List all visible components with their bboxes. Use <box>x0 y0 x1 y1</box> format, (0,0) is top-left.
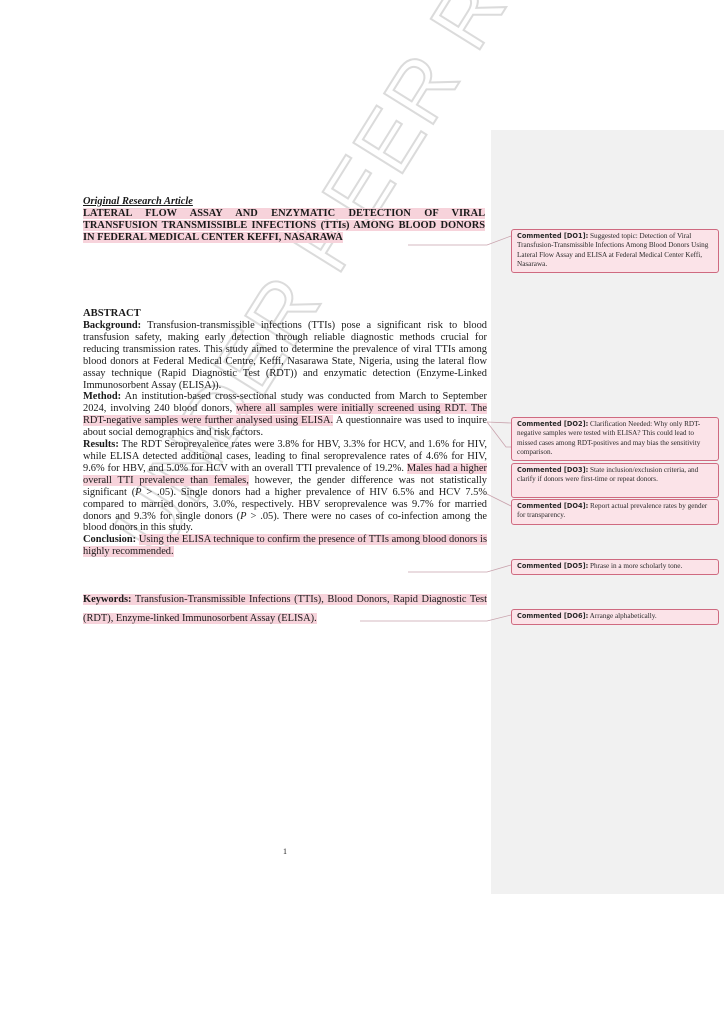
conclusion-label: Conclusion: <box>83 534 136 545</box>
comment-label: Commented [DO6]: <box>517 612 588 620</box>
keywords-paragraph[interactable]: Keywords: Transfusion-Transmissible Infe… <box>83 594 487 624</box>
background-label: Background: <box>83 320 141 331</box>
comment-text: Arrange alphabetically. <box>588 612 656 620</box>
abstract-body: Background: Transfusion-transmissible in… <box>83 320 487 558</box>
results-paragraph: Results: The RDT Seroprevalence rates we… <box>83 439 487 534</box>
comment-label: Commented [DO2]: <box>517 420 588 428</box>
comment-do6[interactable]: Commented [DO6]: Arrange alphabetically. <box>511 609 719 625</box>
comment-do1[interactable]: Commented [DO1]: Suggested topic: Detect… <box>511 229 719 273</box>
comment-label: Commented [DO4]: <box>517 502 588 510</box>
comment-label: Commented [DO1]: <box>517 232 588 240</box>
comment-do5[interactable]: Commented [DO5]: Phrase in a more schola… <box>511 559 719 575</box>
background-paragraph: Background: Transfusion-transmissible in… <box>83 320 487 391</box>
comment-label: Commented [DO5]: <box>517 562 588 570</box>
article-type: Original Research Article <box>83 196 193 207</box>
comment-label: Commented [DO3]: <box>517 466 588 474</box>
paper-title-text: LATERAL FLOW ASSAY AND ENZYMATIC DETECTI… <box>83 208 485 243</box>
results-label: Results: <box>83 439 119 450</box>
comment-do2[interactable]: Commented [DO2]: Clarification Needed: W… <box>511 417 719 461</box>
comment-do4[interactable]: Commented [DO4]: Report actual prevalenc… <box>511 499 719 525</box>
comment-do3[interactable]: Commented [DO3]: State inclusion/exclusi… <box>511 463 719 498</box>
method-paragraph: Method: An institution-based cross-secti… <box>83 391 487 439</box>
conclusion-highlight[interactable]: Using the ELISA technique to confirm the… <box>83 534 487 557</box>
comment-text: Phrase in a more scholarly tone. <box>588 562 682 570</box>
abstract-heading: ABSTRACT <box>83 308 141 319</box>
method-label: Method: <box>83 391 121 402</box>
paper-title[interactable]: LATERAL FLOW ASSAY AND ENZYMATIC DETECTI… <box>83 208 485 244</box>
background-text: Transfusion-transmissible infections (TT… <box>83 320 487 391</box>
keywords-section: Keywords: Transfusion-Transmissible Infe… <box>83 590 487 628</box>
keywords-text: Transfusion-Transmissible Infections (TT… <box>83 594 487 624</box>
document-page: UNDER PEER REVIEW Original Research Arti… <box>0 0 724 1024</box>
conclusion-paragraph: Conclusion: Using the ELISA technique to… <box>83 534 487 558</box>
keywords-label: Keywords: <box>83 594 131 605</box>
page-number: 1 <box>283 847 287 856</box>
